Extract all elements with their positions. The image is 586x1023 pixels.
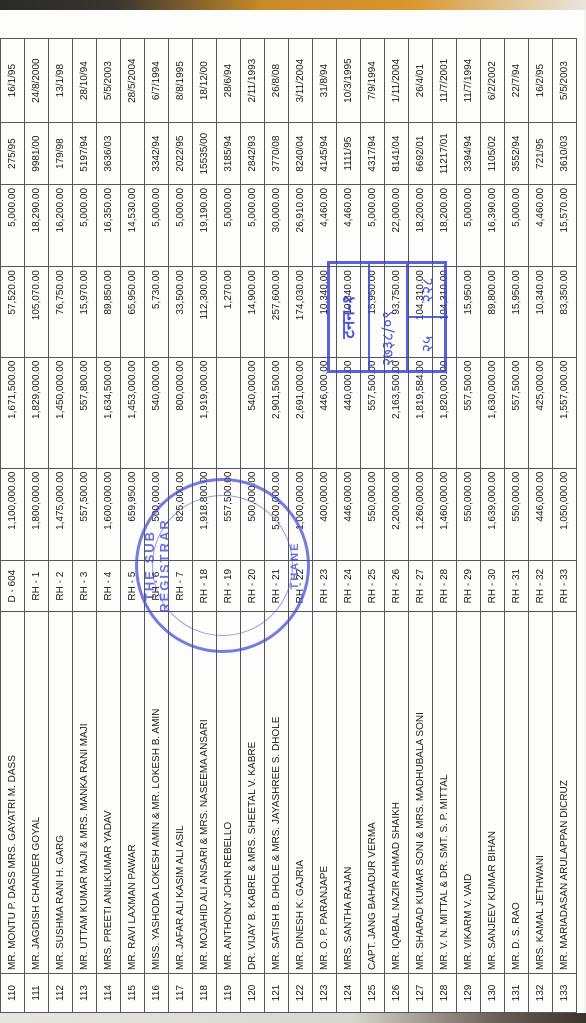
consideration-amount-cell: 446,000.00 bbox=[313, 357, 337, 468]
registration-fee-cell: 4,460.00 bbox=[529, 184, 553, 266]
document-number-cell: 275/95 bbox=[1, 123, 25, 185]
registration-date-cell: 10/3/1995 bbox=[337, 39, 361, 123]
unit-number-cell: RH - 23 bbox=[313, 560, 337, 611]
table-row: 125CAPT. JANG BAHADUR VERMARH - 25550,00… bbox=[361, 39, 385, 1013]
document-number-cell: 4317/94 bbox=[361, 123, 385, 185]
owner-name-cell: MR. MOJAHID ALI ANSARI & MRS. NASEEMA AN… bbox=[193, 612, 217, 974]
registration-fee-cell: 5,000.00 bbox=[217, 184, 241, 266]
serial-number-cell: 129 bbox=[457, 973, 481, 1012]
serial-number-cell: 120 bbox=[241, 973, 265, 1012]
consideration-amount-cell: 2,901,500.00 bbox=[265, 357, 289, 468]
serial-number-cell: 121 bbox=[265, 973, 289, 1012]
registration-date-cell: 7/9/1994 bbox=[361, 39, 385, 123]
market-value-cell: 1,260,000.00 bbox=[409, 468, 433, 560]
registration-fee-cell: 4,460.00 bbox=[337, 184, 361, 266]
table-row: 113MR. UTTAM KUMAR MAJI & MRS. MANKA RAN… bbox=[73, 39, 97, 1013]
document-number-cell: 3610/03 bbox=[553, 123, 577, 185]
document-number-cell: 8240/04 bbox=[289, 123, 313, 185]
document-number-cell: 11217/01 bbox=[433, 123, 457, 185]
scan-top-edge bbox=[0, 0, 586, 10]
consideration-amount-cell: 557,500.00 bbox=[361, 357, 385, 468]
document-number-cell: 3342/94 bbox=[145, 123, 169, 185]
document-number-cell: 2022/95 bbox=[169, 123, 193, 185]
owner-name-cell: MRS. PREETI ANILKUMAR YADAV bbox=[97, 612, 121, 974]
consideration-amount-cell: 2,163,500.00 bbox=[385, 357, 409, 468]
serial-number-cell: 116 bbox=[145, 973, 169, 1012]
sub-registrar-seal: THE SUB REGISTRAR THANE bbox=[135, 478, 310, 653]
owner-name-cell: MR. V. N. MITTAL & DR. SMT. S. P. MITTAL bbox=[433, 612, 457, 974]
registration-date-cell: 5/5/2003 bbox=[97, 39, 121, 123]
owner-name-cell: MR. ANTHONY JOHN REBELLO bbox=[217, 612, 241, 974]
registration-date-cell: 1/11/2004 bbox=[385, 39, 409, 123]
registration-date-cell: 24/8/2000 bbox=[25, 39, 49, 123]
serial-number-cell: 117 bbox=[169, 973, 193, 1012]
consideration-amount-cell: 800,000.00 bbox=[169, 357, 193, 468]
market-value-cell: 446,000.00 bbox=[337, 468, 361, 560]
document-number-cell: 5197/94 bbox=[73, 123, 97, 185]
stamp-duty-cell: 1,270.00 bbox=[217, 267, 241, 357]
serial-number-cell: 118 bbox=[193, 973, 217, 1012]
serial-number-cell: 112 bbox=[49, 973, 73, 1012]
registration-date-cell: 6/2/2002 bbox=[481, 39, 505, 123]
owner-name-cell: MR. UTTAM KUMAR MAJI & MRS. MANKA RANI M… bbox=[73, 612, 97, 974]
serial-number-cell: 123 bbox=[313, 973, 337, 1012]
serial-number-cell: 133 bbox=[553, 973, 577, 1012]
consideration-amount-cell: 2,691,000.00 bbox=[289, 357, 313, 468]
serial-number-cell: 114 bbox=[97, 973, 121, 1012]
consideration-amount-cell: 1,634,500.00 bbox=[97, 357, 121, 468]
serial-number-cell: 111 bbox=[25, 973, 49, 1012]
document-number-cell: 1111/95 bbox=[337, 123, 361, 185]
table-row: 110MR. MONTU P. DASS MRS. GAYATRI M. DAS… bbox=[1, 39, 25, 1013]
registration-fee-cell: 15,570.00 bbox=[553, 184, 577, 266]
registration-fee-cell: 5,000.00 bbox=[505, 184, 529, 266]
owner-name-cell: MR. MONTU P. DASS MRS. GAYATRI M. DASS bbox=[1, 612, 25, 974]
consideration-amount-cell: 1,450,000.00 bbox=[49, 357, 73, 468]
serial-number-cell: 131 bbox=[505, 973, 529, 1012]
registration-fee-cell: 5,000.00 bbox=[361, 184, 385, 266]
consideration-amount-cell: 440,000.00 bbox=[337, 357, 361, 468]
serial-number-cell: 130 bbox=[481, 973, 505, 1012]
unit-number-cell: RH - 2 bbox=[49, 560, 73, 611]
document-number-cell: 1105/02 bbox=[481, 123, 505, 185]
box-stamp-page: २५ bbox=[408, 318, 448, 370]
market-value-cell: 2,200,000.00 bbox=[385, 468, 409, 560]
consideration-amount-cell: 425,000.00 bbox=[529, 357, 553, 468]
consideration-amount-cell: 1,671,500.00 bbox=[1, 357, 25, 468]
table-row: 133MR. MARIADASAN ARULAPPAN DICRUZRH - 3… bbox=[553, 39, 577, 1013]
table-row: 124MRS. SANTHA RAJANRH - 24446,000.00440… bbox=[337, 39, 361, 1013]
serial-number-cell: 119 bbox=[217, 973, 241, 1012]
consideration-amount-cell: 1,829,000.00 bbox=[25, 357, 49, 468]
owner-name-cell: MISS. YASHODA LOKESH AMIN & MR. LOKESH B… bbox=[145, 612, 169, 974]
stamp-duty-cell: 57,520.00 bbox=[1, 267, 25, 357]
box-stamp-total: २२८ bbox=[408, 264, 448, 318]
owner-name-cell: MRS. SANTHA RAJAN bbox=[337, 612, 361, 974]
market-value-cell: 400,000.00 bbox=[313, 468, 337, 560]
owner-name-cell: CAPT. JANG BAHADUR VERMA bbox=[361, 612, 385, 974]
serial-number-cell: 126 bbox=[385, 973, 409, 1012]
stamp-duty-cell: 5,730.00 bbox=[145, 267, 169, 357]
table-row: 127MR. SHARAD KUMAR SONI & MRS. MADHUBAL… bbox=[409, 39, 433, 1013]
unit-number-cell: RH - 27 bbox=[409, 560, 433, 611]
box-stamp-pages: २५ २२८ bbox=[408, 264, 448, 370]
owner-name-cell: MR. VIKARM V. VAID bbox=[457, 612, 481, 974]
consideration-amount-cell: 1,820,000.00 bbox=[433, 357, 457, 468]
owner-name-cell: MR. JAGDISH CHANDER GOYAL bbox=[25, 612, 49, 974]
market-value-cell: 1,475,000.00 bbox=[49, 468, 73, 560]
registration-date-cell: 11/7/2001 bbox=[433, 39, 457, 123]
consideration-amount-cell: 557,500.00 bbox=[505, 357, 529, 468]
registration-fee-cell: 19,190.00 bbox=[193, 184, 217, 266]
registration-fee-cell: 18,200.00 bbox=[433, 184, 457, 266]
serial-number-cell: 113 bbox=[73, 973, 97, 1012]
owner-name-cell: MR. JAFAR ALI KASIM ALI ASIL bbox=[169, 612, 193, 974]
registration-date-cell: 8/8/1995 bbox=[169, 39, 193, 123]
document-number-cell: 179/98 bbox=[49, 123, 73, 185]
registration-date-cell: 11/7/1994 bbox=[457, 39, 481, 123]
registration-fee-cell: 30,000.00 bbox=[265, 184, 289, 266]
stamp-duty-cell: 89,850.00 bbox=[97, 267, 121, 357]
unit-number-cell: RH - 29 bbox=[457, 560, 481, 611]
market-value-cell: 550,000.00 bbox=[457, 468, 481, 560]
table-row: 131MR. D. S. RAORH - 31550,000.00557,500… bbox=[505, 39, 529, 1013]
registration-date-cell: 5/5/2003 bbox=[553, 39, 577, 123]
consideration-amount-cell: 1,453,000.00 bbox=[121, 357, 145, 468]
stamp-duty-cell: 10,340.00 bbox=[529, 267, 553, 357]
registration-date-cell: 16/2/95 bbox=[529, 39, 553, 123]
document-page: 110MR. MONTU P. DASS MRS. GAYATRI M. DAS… bbox=[0, 10, 584, 1013]
document-number-cell: 4145/94 bbox=[313, 123, 337, 185]
document-number-cell: 15535/00 bbox=[193, 123, 217, 185]
unit-number-cell: RH - 1 bbox=[25, 560, 49, 611]
owner-name-cell: MR. IQABAL NAZIR AHMAD SHAIKH bbox=[385, 612, 409, 974]
stamp-duty-cell: 257,600.00 bbox=[265, 267, 289, 357]
registration-date-cell: 28/6/94 bbox=[217, 39, 241, 123]
consideration-amount-cell: 557,800.00 bbox=[73, 357, 97, 468]
stamp-duty-cell: 65,950.00 bbox=[121, 267, 145, 357]
serial-number-cell: 122 bbox=[289, 973, 313, 1012]
registration-fee-cell: 22,000.00 bbox=[385, 184, 409, 266]
unit-number-cell: RH - 28 bbox=[433, 560, 457, 611]
table-row: 130MR. SANJEEV KUMAR BIHANRH - 301,639,0… bbox=[481, 39, 505, 1013]
document-number-cell bbox=[121, 123, 145, 185]
owner-name-cell: MR. RAVI LAXMAN PAWAR bbox=[121, 612, 145, 974]
serial-number-cell: 127 bbox=[409, 973, 433, 1012]
serial-number-cell: 124 bbox=[337, 973, 361, 1012]
stamp-duty-cell: 15,970.00 bbox=[73, 267, 97, 357]
document-number-cell: 6692/01 bbox=[409, 123, 433, 185]
registration-date-cell: 13/1/98 bbox=[49, 39, 73, 123]
registration-fee-cell: 5,000.00 bbox=[457, 184, 481, 266]
table-row: 111MR. JAGDISH CHANDER GOYALRH - 11,800,… bbox=[25, 39, 49, 1013]
table-row: 129MR. VIKARM V. VAIDRH - 29550,000.0055… bbox=[457, 39, 481, 1013]
document-number-cell: 9981/00 bbox=[25, 123, 49, 185]
owner-name-cell: MR. D. S. RAO bbox=[505, 612, 529, 974]
consideration-amount-cell bbox=[217, 357, 241, 468]
consideration-amount-cell: 540,000.00 bbox=[145, 357, 169, 468]
table-row: 115MR. RAVI LAXMAN PAWARRH - 5659,950.00… bbox=[121, 39, 145, 1013]
registration-fee-cell: 5,000.00 bbox=[145, 184, 169, 266]
document-number-cell: 3636/03 bbox=[97, 123, 121, 185]
market-value-cell: 1,800,000.00 bbox=[25, 468, 49, 560]
registration-date-cell: 6/7/1994 bbox=[145, 39, 169, 123]
registration-date-cell: 22/7/94 bbox=[505, 39, 529, 123]
consideration-amount-cell: 1,919,000.00 bbox=[193, 357, 217, 468]
table-row: 123MR. O. P. PARANJAPERH - 23400,000.004… bbox=[313, 39, 337, 1013]
registration-date-cell: 31/8/94 bbox=[313, 39, 337, 123]
unit-number-cell: RH - 30 bbox=[481, 560, 505, 611]
unit-number-cell: RH - 26 bbox=[385, 560, 409, 611]
serial-number-cell: 125 bbox=[361, 973, 385, 1012]
seal-bottom-text: THANE bbox=[289, 481, 301, 650]
box-stamp-header: टनन-१ bbox=[330, 264, 370, 370]
market-value-cell: 1,600,000.00 bbox=[97, 468, 121, 560]
table-row: 114MRS. PREETI ANILKUMAR YADAVRH - 41,60… bbox=[97, 39, 121, 1013]
registration-fee-cell: 5,000.00 bbox=[241, 184, 265, 266]
registration-date-cell: 16/1/95 bbox=[1, 39, 25, 123]
serial-number-cell: 110 bbox=[1, 973, 25, 1012]
document-number-cell: 3770/08 bbox=[265, 123, 289, 185]
registration-date-cell: 2/11/1993 bbox=[241, 39, 265, 123]
owner-name-cell: MR. SATISH B. DHOLE & MRS. JAYASHREE S. … bbox=[265, 612, 289, 974]
consideration-amount-cell: 557,500.00 bbox=[457, 357, 481, 468]
serial-number-cell: 132 bbox=[529, 973, 553, 1012]
stamp-duty-cell: 14,900.00 bbox=[241, 267, 265, 357]
table-row: 132MRS. KAMAL JETHWANIRH - 32446,000.004… bbox=[529, 39, 553, 1013]
market-value-cell: 1,050,000.00 bbox=[553, 468, 577, 560]
registration-date-cell: 18/12/00 bbox=[193, 39, 217, 123]
stamp-duty-cell: 15,950.00 bbox=[457, 267, 481, 357]
stamp-duty-cell: 112,300.00 bbox=[193, 267, 217, 357]
unit-number-cell: RH - 31 bbox=[505, 560, 529, 611]
consideration-amount-cell: 1,630,000.00 bbox=[481, 357, 505, 468]
scan-bottom-edge bbox=[0, 1013, 586, 1023]
consideration-amount-cell: 540,000.00 bbox=[241, 357, 265, 468]
stamp-duty-cell: 33,500.00 bbox=[169, 267, 193, 357]
unit-number-cell: RH - 25 bbox=[361, 560, 385, 611]
stamp-duty-cell: 105,070.00 bbox=[25, 267, 49, 357]
registration-fee-cell: 14,530.00 bbox=[121, 184, 145, 266]
owner-name-cell: MR. SHARAD KUMAR SONI & MRS. MADHUBALA S… bbox=[409, 612, 433, 974]
box-stamp-number: २७३८/०९ bbox=[370, 264, 408, 370]
registration-fee-cell: 26,910.00 bbox=[289, 184, 313, 266]
document-number-cell: 2842/93 bbox=[241, 123, 265, 185]
registration-date-cell: 28/5/2004 bbox=[121, 39, 145, 123]
market-value-cell: 1,460,000.00 bbox=[433, 468, 457, 560]
table-row: 126MR. IQABAL NAZIR AHMAD SHAIKHRH - 262… bbox=[385, 39, 409, 1013]
document-number-cell: 721/95 bbox=[529, 123, 553, 185]
consideration-amount-cell: 1,819,584.00 bbox=[409, 357, 433, 468]
document-number-cell: 8141/04 bbox=[385, 123, 409, 185]
market-value-cell: 1,100,000.00 bbox=[1, 468, 25, 560]
stamp-duty-cell: 76,750.00 bbox=[49, 267, 73, 357]
registration-fee-cell: 16,390.00 bbox=[481, 184, 505, 266]
registration-date-cell: 28/10/94 bbox=[73, 39, 97, 123]
unit-number-cell: RH - 24 bbox=[337, 560, 361, 611]
market-value-cell: 446,000.00 bbox=[529, 468, 553, 560]
registration-fee-cell: 5,000.00 bbox=[169, 184, 193, 266]
unit-number-cell: RH - 32 bbox=[529, 560, 553, 611]
unit-number-cell: RH - 4 bbox=[97, 560, 121, 611]
registration-box-stamp: टनन-१ २७३८/०९ २५ २२८ bbox=[327, 261, 447, 373]
owner-name-cell: DR. VIJAY B. KABRE & MRS. SHEETAL V. KAB… bbox=[241, 612, 265, 974]
stamp-duty-cell: 83,350.00 bbox=[553, 267, 577, 357]
stamp-duty-cell: 174,030.00 bbox=[289, 267, 313, 357]
consideration-amount-cell: 1,557,000.00 bbox=[553, 357, 577, 468]
unit-number-cell: D - 604 bbox=[1, 560, 25, 611]
registration-fee-cell: 5,000.00 bbox=[73, 184, 97, 266]
stamp-duty-cell: 89,800.00 bbox=[481, 267, 505, 357]
rotated-sheet: 110MR. MONTU P. DASS MRS. GAYATRI M. DAS… bbox=[0, 38, 562, 1013]
document-number-cell: 3394/94 bbox=[457, 123, 481, 185]
owner-name-cell: MR. DINESH K. GAJRIA bbox=[289, 612, 313, 974]
registration-fee-cell: 4,460.00 bbox=[313, 184, 337, 266]
document-number-cell: 3552/94 bbox=[505, 123, 529, 185]
market-value-cell: 557,500.00 bbox=[73, 468, 97, 560]
document-number-cell: 3185/94 bbox=[217, 123, 241, 185]
seal-top-text: THE SUB REGISTRAR bbox=[142, 481, 172, 650]
serial-number-cell: 115 bbox=[121, 973, 145, 1012]
registration-fee-cell: 16,350.00 bbox=[97, 184, 121, 266]
owner-name-cell: MR. MARIADASAN ARULAPPAN DICRUZ bbox=[553, 612, 577, 974]
owner-name-cell: MR. O. P. PARANJAPE bbox=[313, 612, 337, 974]
table-row: 128MR. V. N. MITTAL & DR. SMT. S. P. MIT… bbox=[433, 39, 457, 1013]
registration-fee-cell: 16,200.00 bbox=[49, 184, 73, 266]
registration-fee-cell: 18,200.00 bbox=[409, 184, 433, 266]
registration-fee-cell: 18,290.00 bbox=[25, 184, 49, 266]
serial-number-cell: 128 bbox=[433, 973, 457, 1012]
unit-number-cell: RH - 33 bbox=[553, 560, 577, 611]
market-value-cell: 1,639,000.00 bbox=[481, 468, 505, 560]
registration-date-cell: 3/11/2004 bbox=[289, 39, 313, 123]
market-value-cell: 550,000.00 bbox=[361, 468, 385, 560]
owner-name-cell: MR. SANJEEV KUMAR BIHAN bbox=[481, 612, 505, 974]
table-row: 112MR. SUSHMA RANI H. GARGRH - 21,475,00… bbox=[49, 39, 73, 1013]
registration-fee-cell: 5,000.00 bbox=[1, 184, 25, 266]
unit-number-cell: RH - 3 bbox=[73, 560, 97, 611]
market-value-cell: 550,000.00 bbox=[505, 468, 529, 560]
stamp-duty-cell: 15,950.00 bbox=[505, 267, 529, 357]
owner-name-cell: MRS. KAMAL JETHWANI bbox=[529, 612, 553, 974]
registration-date-cell: 26/4/01 bbox=[409, 39, 433, 123]
registration-date-cell: 26/8/08 bbox=[265, 39, 289, 123]
owner-name-cell: MR. SUSHMA RANI H. GARG bbox=[49, 612, 73, 974]
